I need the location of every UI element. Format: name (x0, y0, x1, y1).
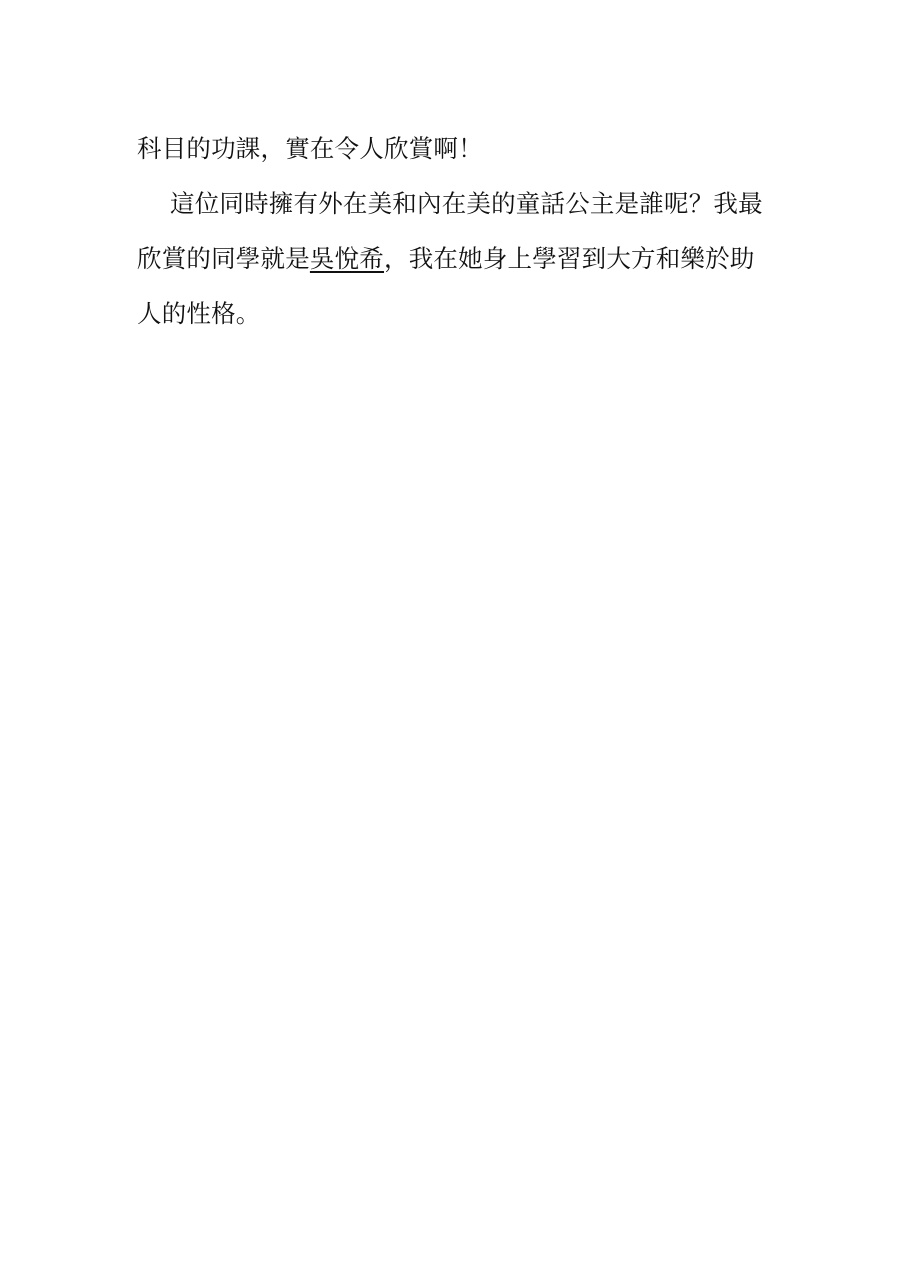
paragraph-line-4: 人的性格。 (137, 299, 261, 329)
paragraph-line-3: 欣賞的同學就是吳悅希，我在她身上學習到大方和樂於助 (137, 244, 755, 274)
paragraph-line-2: 這位同時擁有外在美和內在美的童話公主是誰呢？我最 (170, 189, 763, 219)
classmate-name: 吳悅希 (310, 244, 384, 273)
line-3-after-name: ，我在她身上學習到大方和樂於助 (384, 244, 755, 273)
paragraph-line-1: 科目的功課，實在令人欣賞啊！ (137, 134, 483, 164)
line-3-before-name: 欣賞的同學就是 (137, 244, 310, 273)
document-page: 科目的功課，實在令人欣賞啊！ 這位同時擁有外在美和內在美的童話公主是誰呢？我最 … (0, 0, 905, 1280)
